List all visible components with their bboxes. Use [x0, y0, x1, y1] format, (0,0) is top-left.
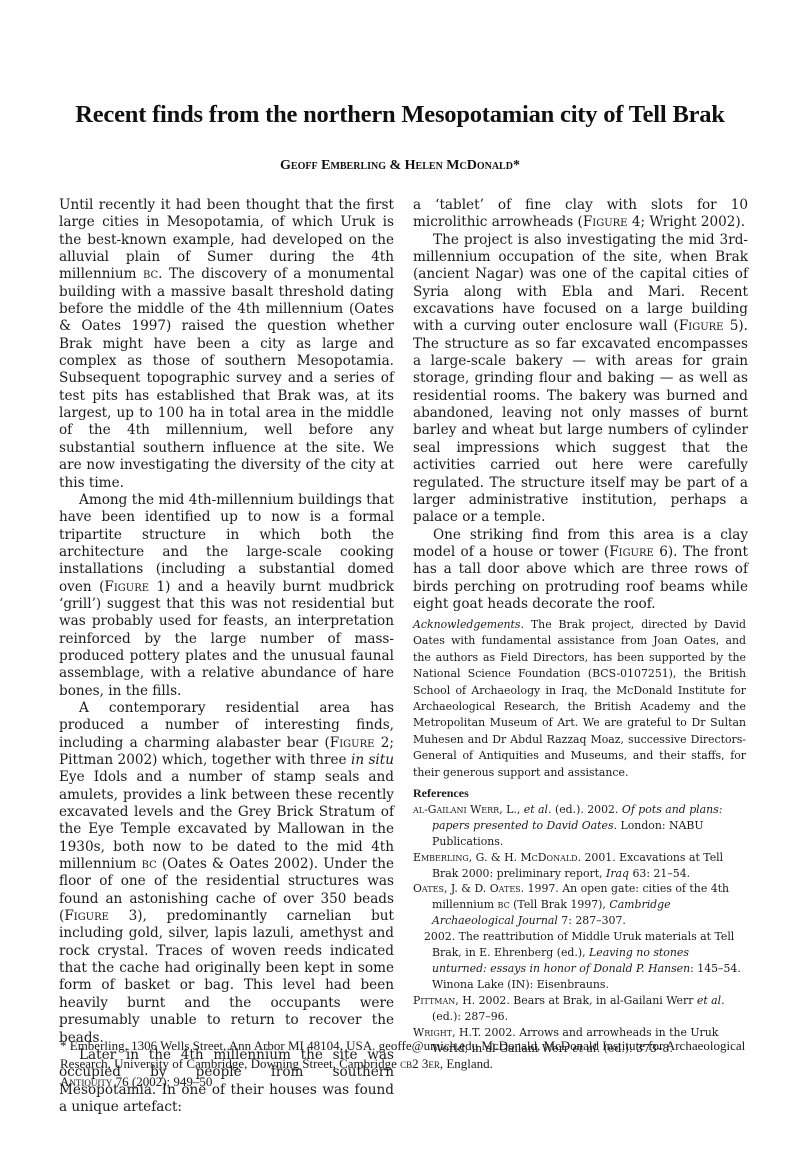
- paragraph: A contemporary residential area has prod…: [59, 700, 394, 1047]
- acknowledgements: Acknowledgements. The Brak project, dire…: [413, 617, 746, 781]
- body-column-left: Until recently it had been thought that …: [59, 197, 394, 1116]
- article-authors: Geoff Emberling & Helen McDonald*: [0, 158, 800, 174]
- journal-citation: Antiquity 76 (2002): 949–50: [60, 1074, 212, 1090]
- paragraph: Until recently it had been thought that …: [59, 197, 394, 492]
- reference-item: 2002. The reattribution of Middle Uruk m…: [413, 929, 746, 993]
- article-title: Recent finds from the northern Mesopotam…: [0, 101, 800, 129]
- reference-item: Pittman, H. 2002. Bears at Brak, in al-G…: [413, 993, 746, 1025]
- reference-item: al-Gailani Werr, L., et al. (ed.). 2002.…: [413, 802, 746, 850]
- author-footnote: * Emberling, 1306 Wells Street, Ann Arbo…: [60, 1037, 750, 1073]
- body-column-right: a ‘tablet’ of fine clay with slots for 1…: [413, 197, 748, 613]
- references: References al-Gailani Werr, L., et al. (…: [413, 786, 746, 1056]
- paragraph: Among the mid 4th-millennium buildings t…: [59, 492, 394, 700]
- paragraph: One striking find from this area is a cl…: [413, 527, 748, 614]
- reference-item: Oates, J. & D. Oates. 1997. An open gate…: [413, 881, 746, 929]
- references-heading: References: [413, 786, 746, 802]
- reference-item: Emberling, G. & H. McDonald. 2001. Excav…: [413, 850, 746, 882]
- paragraph: The project is also investigating the mi…: [413, 232, 748, 527]
- paragraph: a ‘tablet’ of fine clay with slots for 1…: [413, 197, 748, 232]
